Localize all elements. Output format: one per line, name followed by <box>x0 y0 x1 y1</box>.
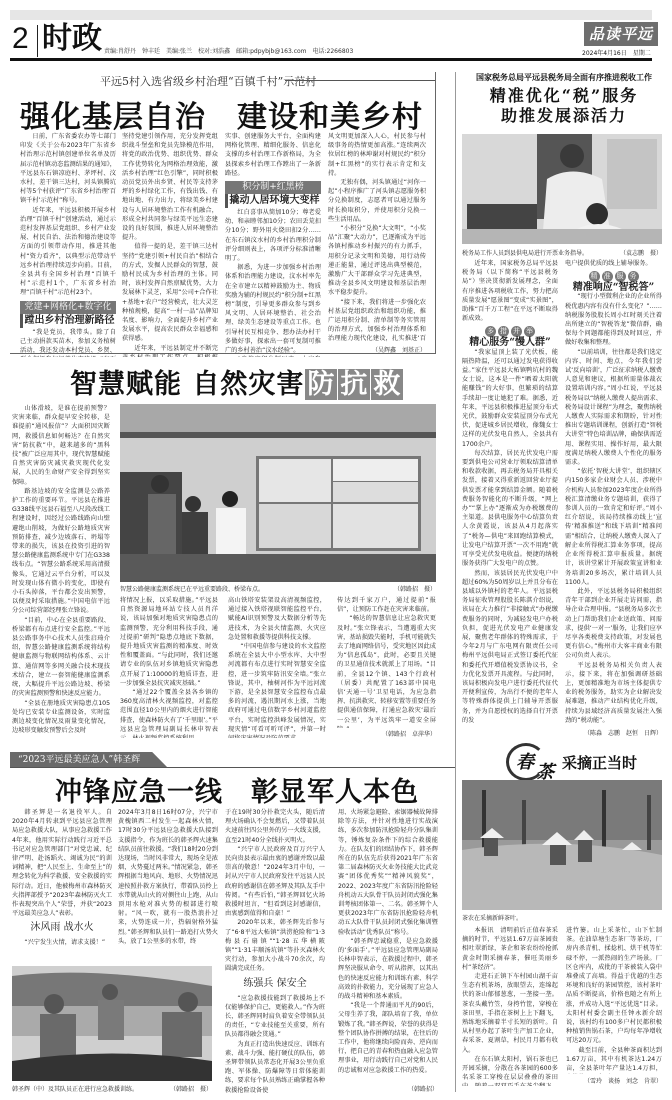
issue-date: 2024年4月16日 星期二 <box>582 48 651 57</box>
disaster-col0: 山体滑坡，是谁在提前预警？灾害来临，群众提早安全转移，是谁提前“通风报信”？大面… <box>12 404 110 744</box>
paragraph: 此外，平远县税务局积极组织青年干部到企业开展走访问需，指导企业合理申报。“县税务… <box>565 587 662 661</box>
paragraph: 平远县税务局相关负责人表示，接下来，将在加强调研基础上，更加精准地为市场主体提供… <box>565 661 662 725</box>
disaster-photo-caption: 智慧公路健康监测系统已在平远重要路段、桥梁布点。 <box>120 584 264 593</box>
paragraph: 路基边坡的安全监测是公路养护工作的重要环节。平远县在推进G338线平远县石福至八… <box>12 487 110 616</box>
header-band <box>10 10 652 20</box>
tea-field-illustration <box>462 780 662 910</box>
paragraph: “目前，中心在全县重要路段、桥梁都有布点进行安全监控。”平远县公路事务中心技术人… <box>12 616 110 699</box>
paragraph: 2020年以来，韩圣辉先后参与了“6·8平远大柘镇”洪涝抢险和“1·3梅县石扇镇… <box>225 918 325 973</box>
disaster-col2: 高山铁塔安装架设高清视频监控，通过接入铁塔视联智能监控平台，赋能AI识别预警及大… <box>228 596 326 738</box>
tax-photo-illustration <box>462 134 662 244</box>
subsection-bar: 积分制+红黑榜 <box>225 181 321 194</box>
disaster-col3: 传达到千家万户，通过提前“报信”，让预防工作赶在灾害来临前。 “畅达的智慧信息让… <box>337 596 436 728</box>
kicker-line <box>285 80 435 81</box>
badge-char: 举 <box>524 326 535 337</box>
paragraph: 近年来，国家税务总局平远县税务局（以下简称“平远县税务局”）坚决贯彻新发展理念，… <box>462 259 558 323</box>
paragraph: 高山铁塔安装架设高清视频监控，通过接入铁塔视联智能监控平台，赋能AI识别预警及大… <box>228 596 326 642</box>
subsection-head: 撬动人居环境大变样 <box>225 194 321 208</box>
paragraph: 每次结算，居民光伏发电户需要到供电公司营业厅领取结算清单和收款收据，再去税务局开… <box>462 449 558 569</box>
paragraph: 据悉，为进一步加强乡村治理体系和治理能力建设，汶水村率先在全市建立以精神鼓励为主… <box>225 263 321 355</box>
emergency-tag-line <box>10 767 455 768</box>
paragraph: 将情况上报，以采取措施。”平远县自然资源局地环站专技人员肖洋说，该局加强对地质灾… <box>120 596 218 688</box>
paragraph: 山体滑坡，是谁在提前预警？灾害来临，群众提早安全转移，是谁提前“通风报信”？大面… <box>12 404 110 487</box>
paragraph: 日前，广东省委农办等七部门印发《关于公布2023年广东省乡村治理示范村镇创建单位… <box>20 132 116 206</box>
paragraph: 坚持党建引领作用，充分发挥党组织战斗堡垒和党员先锋模范作用，将党的政治优势、组织… <box>122 132 218 242</box>
paragraph: 传达到千家万户，通过提前“报信”，让预防工作赶在灾害来临前。 <box>337 596 436 614</box>
tea-byline: （雪玲 谈扬 刘念 肯翠） <box>566 1076 662 1085</box>
badge-char: 务 <box>628 271 639 282</box>
paragraph: “小积分”兑换“大文明”，“小奖品”汇聚“大动力”，已逐渐成为平远各镇村推动乡村… <box>328 224 426 298</box>
tea-photo <box>462 780 662 910</box>
masthead-logo: 品读平远 <box>584 22 658 46</box>
village-col4: 风文明更加深入人心，村民参与村级事务的热情更加高涨。”连续两次位居红榜的林坤谢对… <box>328 132 426 344</box>
page-number: 2 <box>12 22 29 56</box>
paragraph: “中国电信参与建设的水文监控系统在全县大中小型水库、大中型河流都有布点进行实时智… <box>228 642 326 738</box>
village-col2: 坚持党建引领作用，充分发挥党组织战斗堡垒和党员先锋模范作用，将党的政治优势、组织… <box>122 132 218 357</box>
paragraph: “我是一个普通而平凡的90后，父母生养了我，部队培育了我，单位锻炼了我。”韩圣辉… <box>338 1001 438 1075</box>
paragraph: 电户提供优质的线上辅导服务。 <box>565 259 662 268</box>
paragraph: 然而，该县居民光伏发电户中超过60%为50周岁以上并且分布在县域以外镇村的老年人… <box>462 569 558 725</box>
paragraph: “韩圣辉忠诚稳重，是应急救援的‘多面手’。”平远县应急管理局副局长林申智表示，在… <box>338 937 438 1001</box>
emergency-photo-caption: 韩圣辉（中）及其队员正在进行应急救援训练。 <box>12 1084 138 1093</box>
section-title: 时政 <box>42 22 102 56</box>
monitoring-room-illustration <box>120 404 436 582</box>
paragraph: “全县在册地质灾害隐患点105处均已安装专业监测设备，实时监测边坡变化情况及雨量… <box>12 699 110 736</box>
tax-badge-2: 精准服务 <box>565 271 662 282</box>
tea-char-1: 春 <box>516 748 534 774</box>
subsection-bar: 党建+网格化+数字化 <box>20 301 116 314</box>
paragraph: 风文明更加深入人心，村民参与村级事务的热情更加高涨。”连续两次位居红榜的林坤谢对… <box>328 132 426 178</box>
paragraph: 近年来，平远县制定并不断完善乡村治理工作要点，积极推广“党建+网格化+数字化”模… <box>122 344 218 357</box>
paragraph: “接下来，我们将进一步强化农村基层党组织政治和组织功能，推广运用积分制、清单制等… <box>328 298 426 344</box>
badge-char: 措 <box>498 326 509 337</box>
tax-section2-head: 精准响应“智税答” <box>565 283 662 292</box>
paragraph: 走进石正镇下车村园山湖千亩生态有机茶场，放眼望去，连绵起伏的茶山郁郁葱葱，一垄接… <box>462 972 558 1055</box>
emergency-sub1: 沐风雨 战水火 <box>12 921 112 935</box>
emergency-byline: （韩路招） <box>338 1084 438 1093</box>
tax-headline-line1: 精准优化“税”服务 <box>462 86 666 106</box>
paragraph: “我是党员，我带头。除了自己主动捐款买苗木，参加义务植树活动，我还发动本村党员、… <box>20 328 116 357</box>
tax-headline: 精准优化“税”服务 助推发展添活力 <box>462 86 666 126</box>
emergency-headline: 冲锋应急一线 彰显军人本色 <box>55 770 419 809</box>
tax-photo-caption: 税务局工作人员到县供电局进行开票业务指导。 <box>462 248 588 257</box>
paragraph: 值得一提的是，差干镇三达村坚持“党建引领+村民自治”相结合的方式，发掘人民群众的… <box>122 242 218 343</box>
paragraph: “以前培训，往往都是我们选定内容、时间、地点，今年我们尝试‘反向培训’，广泛征求… <box>565 348 662 468</box>
village-headline: 强化基层自治 建设和美乡村 <box>20 92 423 136</box>
badge-char: 服 <box>615 271 626 282</box>
paragraph: 用、火场紧急避险、索锯器械故障排除等方法，并针对性地进行实战演练，多次参加防汛抢… <box>338 808 438 937</box>
paragraph: “依托‘智税大讲堂’，组织辖区内150多家企业财会人员、涉税中介机构人员参加20… <box>565 467 662 587</box>
header-divider <box>37 25 38 57</box>
paragraph: 进竹篓。山上采茶忙，山下忙制茶。在油草塘生态茶厂等茶坊，厂房内杀青机、揉捻机、烘… <box>566 926 662 1046</box>
emergency-col1: 韩圣辉是一名退役军人。自2020年4月转隶到平远县应急管理局应急救援大队，从事应… <box>12 808 112 948</box>
highlight-char: 救 <box>371 369 403 400</box>
paragraph: 红白喜事从简加10分；尊老爱幼、和亲睦邻加10分；农田丢荒扣分10分；野外用火烧… <box>225 208 321 263</box>
village-byline: （吴辉鑫 刘基正） <box>340 345 426 354</box>
paragraph: 在东石镇太阳村，锅石茶也已开园采摘，分散在各茶园的600多名采茶工穿梭在层层叠叠… <box>462 1055 558 1086</box>
paragraph: 近年来，平远县积极开展乡村治理“百镇千村”创建活动，通过示范村发挥基层党组织、乡… <box>20 206 116 298</box>
disaster-headline-main: 智慧赋能 自然灾害 <box>70 369 304 400</box>
village-col1: 日前，广东省委农办等七部门印发《关于公布2023年广东省乡村治理示范村镇创建单位… <box>20 132 116 357</box>
highlight-char: 防 <box>305 369 337 400</box>
badge-char: 多 <box>485 326 496 337</box>
tax-byline: （陈淼 志鹏 赵恒 日辉） <box>565 728 662 737</box>
emergency-photo-credit: （韩路招 摄） <box>160 1084 212 1093</box>
tea-photo-caption: 茶农在采摘新鲜茶叶。 <box>462 913 522 922</box>
emergency-col2: 2024年3月8日16时07分，兴宁市黄槐镇西二村发生一起森林火情，17时30分… <box>118 808 218 948</box>
tax-photo <box>462 134 662 244</box>
tax-col2: 电户提供优质的线上辅导服务。 精准服务 精准响应“智税答” “现行小型微利企业的… <box>565 259 662 729</box>
emergency-col3: 于在19时30分扑救完火头，随后清理火场确认不会复燃后，又带着队员火速前往四公里… <box>225 808 325 1093</box>
tea-col1: 本报讯 清明前后正值春茶采摘的时节，平远县1.67万亩茶园贵相吐翠新绿，茶企和茶… <box>462 926 558 1086</box>
disaster-col1: 将情况上报，以采取措施。”平远县自然资源局地环站专技人员肖洋说，该局加强对地质灾… <box>120 596 218 738</box>
emergency-col4: 用、火场紧急避险、索锯器械故障排除等方法，并针对性地进行实战演练，多次参加防汛抢… <box>338 808 438 1083</box>
badge-char: 精 <box>589 271 600 282</box>
emergency-photo <box>12 966 212 1081</box>
tax-headline-line2: 助推发展添活力 <box>462 106 666 126</box>
tea-title: 采摘正当时 <box>562 752 637 773</box>
tea-col2: 进竹篓。山上采茶忙，山下忙制茶。在油草塘生态茶厂等茶坊，厂房内杀青机、揉捻机、烘… <box>566 926 662 1074</box>
header-rule <box>10 58 652 61</box>
paragraph: 2024年3月8日16时07分，兴宁市黄槐镇西二村发生一起森林火情，17时30分… <box>118 808 218 946</box>
tax-photo-credit: （袁志鹏 摄） <box>600 248 662 257</box>
paragraph: “自推广积分制以来，大家参与乡村治理的积极性和自觉性都提高了，村民村貌也大幅提升… <box>225 355 321 357</box>
paragraph: “兴宁市人民政府及百万兴宁人民向贵县表示最由衷的感谢并致以最崇高的敬意！”202… <box>225 845 325 919</box>
disaster-headline: 智慧赋能 自然灾害防抗救 <box>70 362 403 401</box>
paragraph: “我家屋顶上装了光伏板，能隔热降温，还可以通过发电获得收益。”家住平远县大柘镇鸭… <box>462 348 558 449</box>
village-col3: 实事、创建服务大平台，全面构建网格化管理、精细化服务、信息化支撑的乡村治理工作新… <box>225 132 321 357</box>
paragraph: “兴宁发生火情，请求支援！” <box>12 938 112 947</box>
subsection-head: 蹚出乡村治理新路径 <box>20 314 116 328</box>
tax-badge-1: 多措并举 <box>462 326 558 337</box>
column-divider <box>455 72 456 1092</box>
tax-kicker: 国家税务总局平远县税务局全面有序推进税收工作 <box>462 72 666 83</box>
badge-char: 并 <box>511 326 522 337</box>
disaster-byline: （韩路招 卓萍华） <box>337 729 436 738</box>
disaster-photo <box>120 404 436 582</box>
editor-credits: 责编:肖舒丹 钟丰廷 美编:张兰 校对:刘浩鑫 邮箱:pdpybjb@163.c… <box>104 46 353 55</box>
paragraph: 实事、创建服务大平台，全面构建网格化管理、精细化服务、信息化支撑的乡村治理工作新… <box>225 132 321 178</box>
highlight-char: 抗 <box>338 369 370 400</box>
emergency-tag: “2023平远最美应急人”韩圣辉 <box>10 752 168 768</box>
paragraph: 截至目前，全县种茶面积达到1.67万亩，其中有机茶达1.24万亩，全县茶叶年产量… <box>566 1046 662 1074</box>
paragraph: 于在19时30分扑救完火头，随后清理火场确认不会复燃后，又带着队员火速前往四公里… <box>225 808 325 845</box>
badge-char: 准 <box>602 271 613 282</box>
paragraph: “现行小型微利企业的企业所得税优惠内容有没有什么变化？”……纳税服务股股长周小红… <box>565 292 662 347</box>
disaster-photo-credit: （韩路招 摄） <box>370 584 436 593</box>
paragraph: 为真正打造出快速反应、训练有素、战斗力强、能打硬仗的队伍，韩圣辉带领队员常态化开… <box>225 1040 325 1093</box>
paragraph: “通过22个覆盖全县各乡镇的360度高清林火视频监控，对监控范围直径10公里内的… <box>120 688 218 738</box>
paragraph: “应急救援技能到了救援场上不仅能够保护自己，更能救人。”作为班长，韩圣辉同时肩负… <box>225 994 325 1040</box>
paragraph: 无独有偶，河头镇通过“河你一起”小程序推广了河头镇志愿服务积分兑换制度，志愿者可… <box>328 178 426 224</box>
paragraph: 本报讯 清明前后正值春茶采摘的时节，平远县1.67万亩茶园贵相吐翠新绿，茶企和茶… <box>462 926 558 972</box>
paragraph: 韩圣辉是一名退役军人。自2020年4月转隶到平远县应急管理局应急救援大队，从事应… <box>12 808 112 918</box>
tax-section1-head: 精心服务“慢人群” <box>462 338 558 347</box>
rescue-boat-illustration <box>12 966 212 1081</box>
village-kicker: 平远5村入选省级乡村治理“百镇千村”示范村 <box>100 73 316 89</box>
emergency-sub2: 练强兵 保安全 <box>225 977 325 991</box>
paragraph: “畅达的智慧信息让应急救灾更及时。”张立锋表示，当遭遇重大灾害，基站损毁失能时，… <box>337 614 436 728</box>
